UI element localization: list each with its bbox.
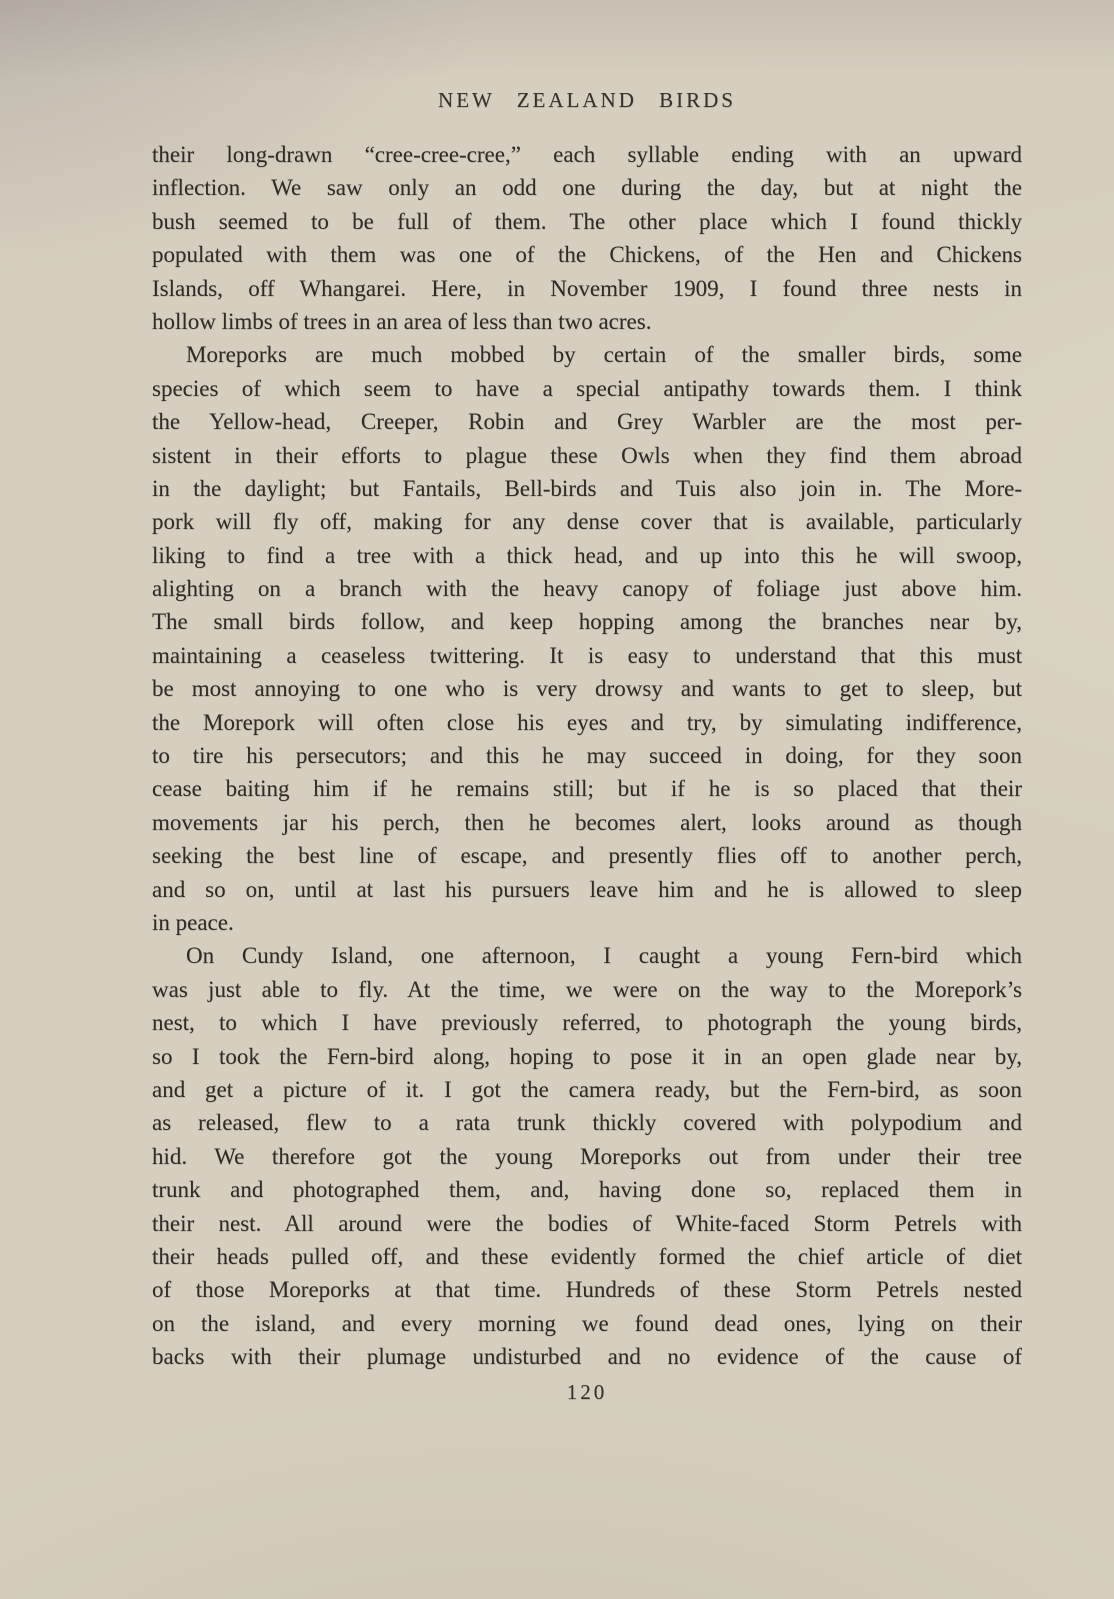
book-page: NEW ZEALAND BIRDS their long-drawn “cree…: [0, 0, 1114, 1599]
text-line: was just able to fly. At the time, we we…: [152, 973, 1022, 1006]
text-line: on the island, and every morning we foun…: [152, 1307, 1022, 1340]
text-line: nest, to which I have previously referre…: [152, 1006, 1022, 1039]
text-line: Moreporks are much mobbed by certain of …: [152, 338, 1022, 371]
text-line: bush seemed to be full of them. The othe…: [152, 205, 1022, 238]
text-line: and so on, until at last his pursuers le…: [152, 873, 1022, 906]
text-line: pork will fly off, making for any dense …: [152, 505, 1022, 538]
text-line: in the daylight; but Fantails, Bell-bird…: [152, 472, 1022, 505]
text-line: maintaining a ceaseless twittering. It i…: [152, 639, 1022, 672]
text-line: as released, flew to a rata trunk thickl…: [152, 1106, 1022, 1139]
paragraph: their long-drawn “cree-cree-cree,” each …: [152, 138, 1022, 338]
text-line: backs with their plumage undisturbed and…: [152, 1340, 1022, 1373]
text-line: hollow limbs of trees in an area of less…: [152, 305, 1022, 338]
text-line: species of which seem to have a special …: [152, 372, 1022, 405]
text-line: sistent in their efforts to plague these…: [152, 439, 1022, 472]
text-line: in peace.: [152, 906, 1022, 939]
text-line: Islands, off Whangarei. Here, in Novembe…: [152, 272, 1022, 305]
paragraph: Moreporks are much mobbed by certain of …: [152, 338, 1022, 939]
text-line: their long-drawn “cree-cree-cree,” each …: [152, 138, 1022, 171]
body-text: their long-drawn “cree-cree-cree,” each …: [152, 138, 1022, 1373]
text-line: be most annoying to one who is very drow…: [152, 672, 1022, 705]
text-line: seeking the best line of escape, and pre…: [152, 839, 1022, 872]
text-line: their heads pulled off, and these eviden…: [152, 1240, 1022, 1273]
text-line: alighting on a branch with the heavy can…: [152, 572, 1022, 605]
running-header: NEW ZEALAND BIRDS: [152, 88, 1022, 113]
paragraph: On Cundy Island, one afternoon, I caught…: [152, 939, 1022, 1373]
text-line: the Yellow-head, Creeper, Robin and Grey…: [152, 405, 1022, 438]
text-line: the Morepork will often close his eyes a…: [152, 706, 1022, 739]
text-line: inflection. We saw only an odd one durin…: [152, 171, 1022, 204]
text-line: liking to find a tree with a thick head,…: [152, 539, 1022, 572]
text-line: The small birds follow, and keep hopping…: [152, 605, 1022, 638]
text-line: hid. We therefore got the young Morepork…: [152, 1140, 1022, 1173]
text-line: On Cundy Island, one afternoon, I caught…: [152, 939, 1022, 972]
text-line: trunk and photographed them, and, having…: [152, 1173, 1022, 1206]
text-line: so I took the Fern-bird along, hoping to…: [152, 1040, 1022, 1073]
text-line: movements jar his perch, then he becomes…: [152, 806, 1022, 839]
text-line: populated with them was one of the Chick…: [152, 238, 1022, 271]
text-line: and get a picture of it. I got the camer…: [152, 1073, 1022, 1106]
text-line: of those Moreporks at that time. Hundred…: [152, 1273, 1022, 1306]
text-line: their nest. All around were the bodies o…: [152, 1207, 1022, 1240]
text-line: cease baiting him if he remains still; b…: [152, 772, 1022, 805]
page-number: 120: [152, 1380, 1022, 1405]
text-line: to tire his persecutors; and this he may…: [152, 739, 1022, 772]
